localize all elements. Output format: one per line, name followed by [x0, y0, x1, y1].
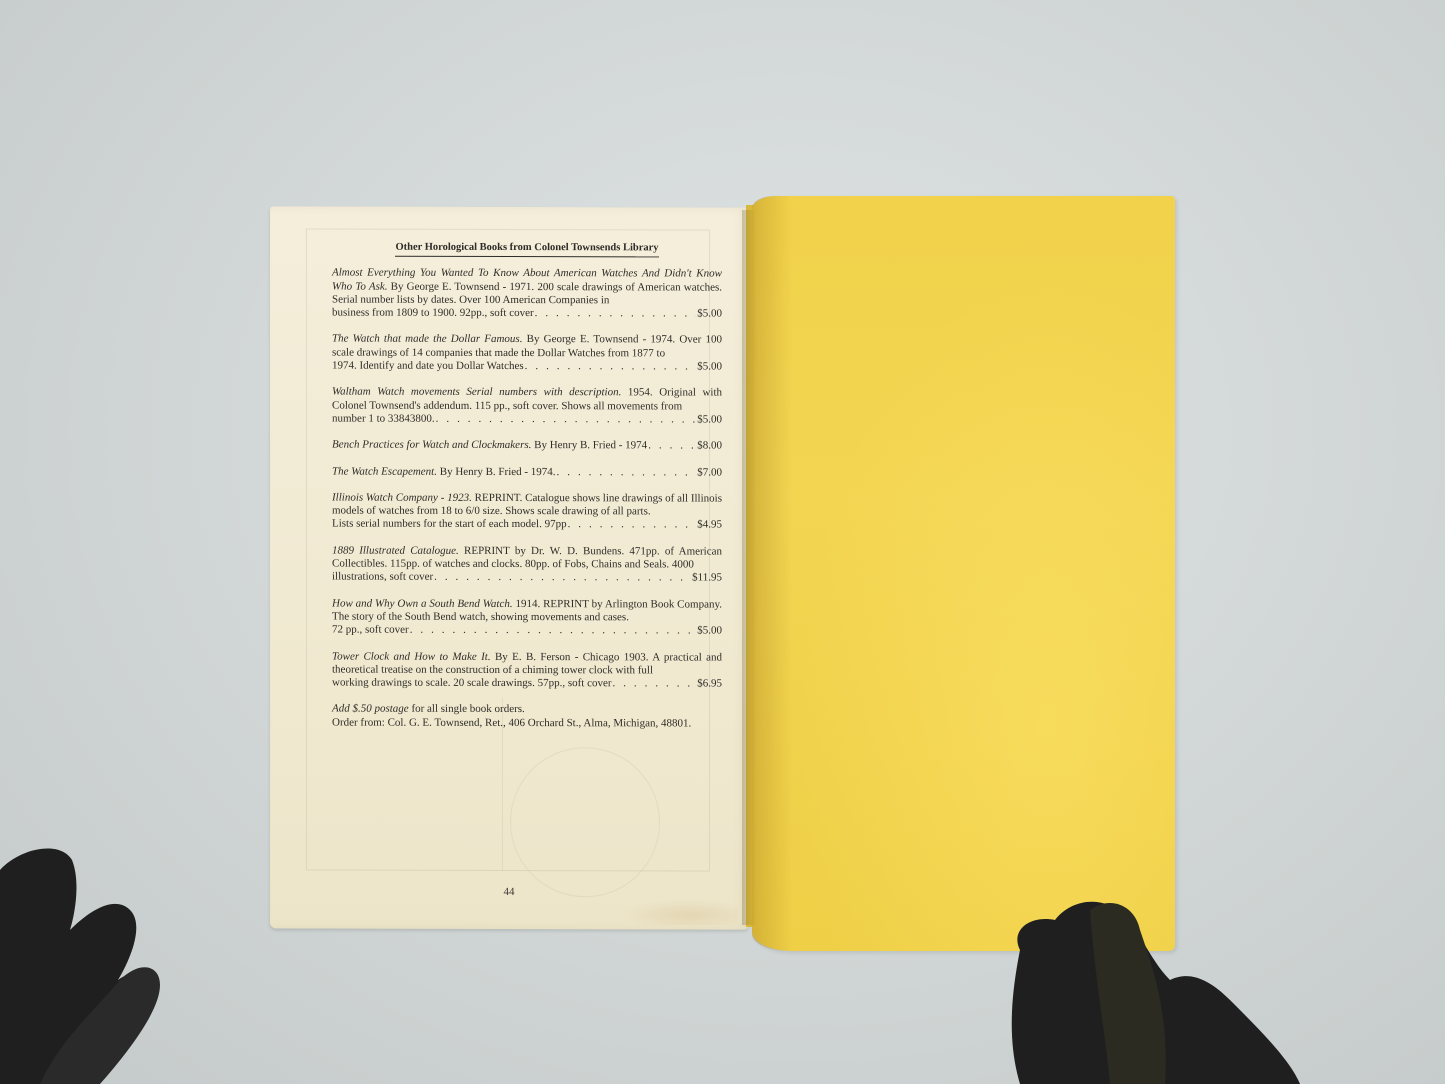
book-description-end: working drawings to scale. 20 scale draw… — [332, 677, 612, 691]
book-entry: How and Why Own a South Bend Watch. 1914… — [332, 597, 722, 638]
book-price: $11.95 — [692, 572, 722, 585]
book-description-end: Lists serial numbers for the start of ea… — [332, 518, 567, 532]
photo-scene: Other Horological Books from Colonel Tow… — [0, 0, 1445, 1084]
book-description: By George E. Townsend - 1971. 200 scale … — [332, 280, 722, 306]
leader-dots — [434, 571, 691, 585]
book-price: $5.00 — [697, 413, 722, 426]
right-page-yellow-cover — [752, 196, 1175, 951]
water-stain — [618, 899, 738, 925]
book-price: $7.00 — [697, 466, 722, 479]
book-title: Bench Practices for Watch and Clockmaker… — [332, 439, 531, 452]
right-gloved-hand — [1000, 890, 1320, 1084]
book-description-end: By Henry B. Fried - 1974. — [440, 465, 556, 477]
book-title: How and Why Own a South Bend Watch. — [332, 597, 513, 609]
page-heading: Other Horological Books from Colonel Tow… — [332, 241, 722, 258]
book-description-end: business from 1809 to 1900. 92pp., soft … — [332, 307, 534, 321]
book-title: The Watch Escapement. — [332, 465, 437, 477]
leader-dots — [557, 466, 697, 480]
book-entry: Tower Clock and How to Make It. By E. B.… — [332, 650, 722, 691]
book-title: 1889 Illustrated Catalogue. — [332, 544, 459, 556]
leader-dots — [568, 519, 697, 533]
book-entry: Waltham Watch movements Serial numbers w… — [332, 386, 722, 427]
left-page: Other Horological Books from Colonel Tow… — [270, 206, 748, 929]
left-gloved-hand — [0, 840, 360, 1084]
book-entry: Bench Practices for Watch and Clockmaker… — [332, 439, 722, 453]
book-description-end: illustrations, soft cover — [332, 571, 433, 585]
bleed-through-watch-drawing — [510, 747, 660, 897]
book-title: The Watch that made the Dollar Famous. — [332, 333, 522, 345]
leader-dots — [613, 677, 697, 691]
book-price: $5.00 — [697, 625, 722, 638]
spine-shadow — [742, 210, 756, 925]
book-description-end: 72 pp., soft cover — [332, 624, 409, 637]
book-entry: 1889 Illustrated Catalogue. REPRINT by D… — [332, 544, 722, 585]
book-entry: The Watch that made the Dollar Famous. B… — [332, 333, 722, 374]
book-title: Tower Clock and How to Make It. — [332, 650, 491, 662]
book-title: Illinois Watch Company - 1923. — [332, 491, 472, 503]
page-content: Other Horological Books from Colonel Tow… — [332, 241, 722, 731]
book-title: Waltham Watch movements Serial numbers w… — [332, 386, 621, 399]
book-entry: Almost Everything You Wanted To Know Abo… — [332, 267, 722, 321]
leader-dots — [648, 440, 696, 453]
postage-note: Add $.50 postage for all single book ord… — [332, 703, 722, 717]
book-price: $5.00 — [697, 308, 722, 321]
leader-dots — [525, 360, 697, 374]
book-price: $5.00 — [697, 361, 722, 374]
book-entry: Illinois Watch Company - 1923. REPRINT. … — [332, 491, 722, 532]
book-description-end: By Henry B. Fried - 1974 — [534, 439, 647, 451]
book-price: $4.95 — [697, 519, 722, 532]
book-entry: The Watch Escapement. By Henry B. Fried … — [332, 465, 722, 479]
leader-dots — [436, 413, 697, 427]
book-price: $8.00 — [697, 440, 722, 453]
book-price: $6.95 — [697, 678, 722, 691]
leader-dots — [410, 624, 697, 638]
book-description-end: number 1 to 33843800. — [332, 413, 435, 427]
book-description-end: 1974. Identify and date you Dollar Watch… — [332, 360, 524, 374]
leader-dots — [535, 307, 697, 321]
order-address: Order from: Col. G. E. Townsend, Ret., 4… — [332, 716, 722, 730]
